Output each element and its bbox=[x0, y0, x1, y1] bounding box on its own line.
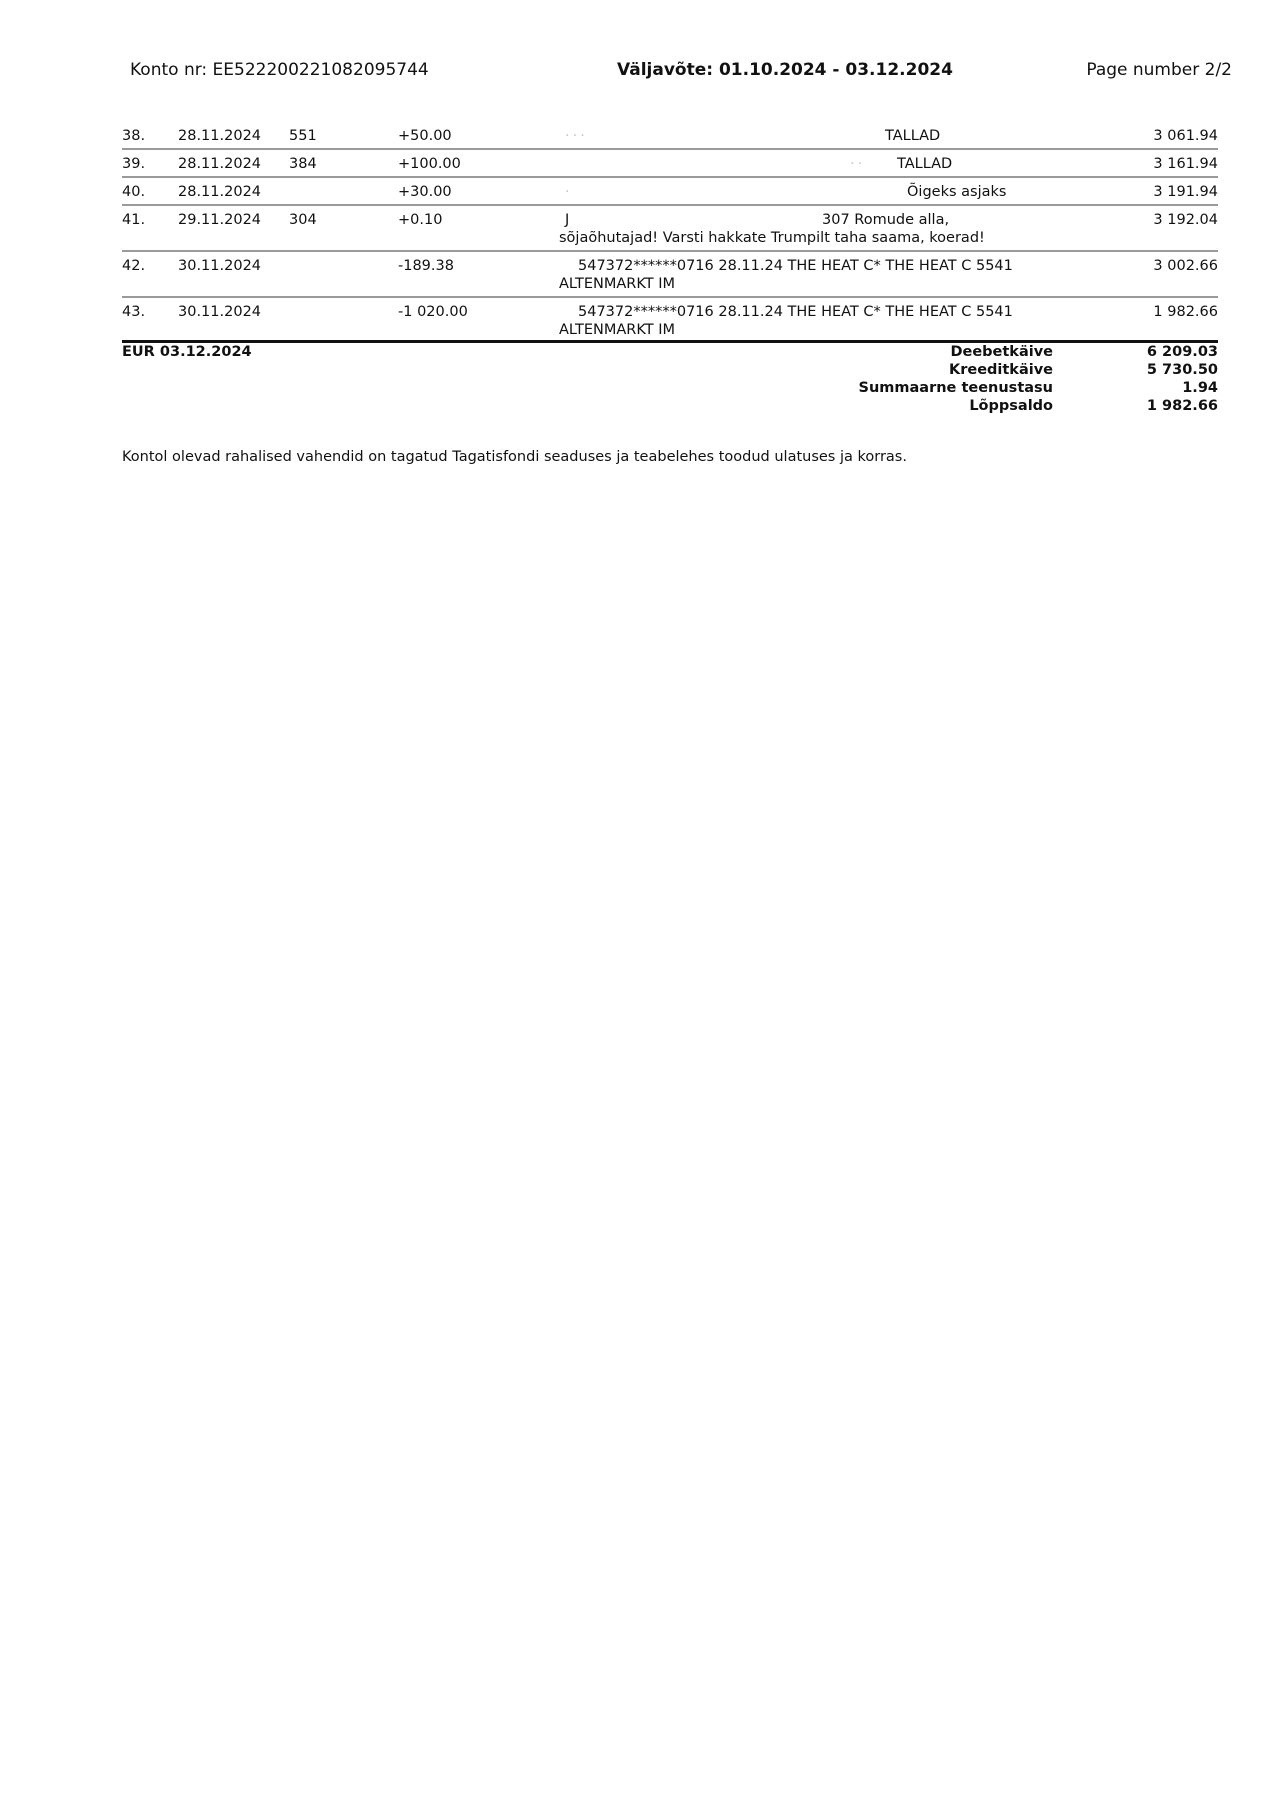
row-balance: 3 192.04 bbox=[1153, 211, 1218, 229]
statement-period: Väljavõte: 01.10.2024 - 03.12.2024 bbox=[617, 60, 953, 80]
row-description-line2: ALTENMARKT IM bbox=[559, 321, 675, 339]
row-date: 28.11.2024 bbox=[178, 155, 261, 173]
row-description: 547372******0716 28.11.24 THE HEAT C* TH… bbox=[578, 303, 1013, 321]
row-date: 30.11.2024 bbox=[178, 303, 261, 321]
row-balance: 3 161.94 bbox=[1153, 155, 1218, 173]
table-total-divider bbox=[122, 340, 1218, 343]
summary-label-closing-balance: Lõppsaldo bbox=[969, 397, 1053, 415]
summary-value-debit: 6 209.03 bbox=[1147, 343, 1218, 361]
row-date: 28.11.2024 bbox=[178, 183, 261, 201]
row-balance: 1 982.66 bbox=[1153, 303, 1218, 321]
row-number: 38. bbox=[122, 127, 145, 145]
row-number: 41. bbox=[122, 211, 145, 229]
row-number: 42. bbox=[122, 257, 145, 275]
row-number: 43. bbox=[122, 303, 145, 321]
row-divider bbox=[122, 250, 1218, 252]
row-date: 28.11.2024 bbox=[178, 127, 261, 145]
row-description: 547372******0716 28.11.24 THE HEAT C* TH… bbox=[578, 257, 1013, 275]
row-number: 40. bbox=[122, 183, 145, 201]
row-balance: 3 061.94 bbox=[1153, 127, 1218, 145]
row-description-prefix: J bbox=[565, 211, 569, 229]
row-date: 29.11.2024 bbox=[178, 211, 261, 229]
summary-currency-date: EUR 03.12.2024 bbox=[122, 343, 252, 361]
summary-label-debit: Deebetkäive bbox=[950, 343, 1053, 361]
row-description-line2: sõjaõhutajad! Varsti hakkate Trumpilt ta… bbox=[559, 229, 985, 247]
row-description: 307 Romude alla, bbox=[822, 211, 949, 229]
summary-value-closing-balance: 1 982.66 bbox=[1147, 397, 1218, 415]
row-description: TALLAD bbox=[897, 155, 952, 173]
row-code: 304 bbox=[289, 211, 317, 229]
row-description: Õigeks asjaks bbox=[907, 183, 1006, 201]
redacted-text: ··· bbox=[565, 127, 588, 145]
row-amount: +0.10 bbox=[398, 211, 442, 229]
row-code: 384 bbox=[289, 155, 317, 173]
summary-value-fees: 1.94 bbox=[1182, 379, 1218, 397]
deposit-guarantee-note: Kontol olevad rahalised vahendid on taga… bbox=[122, 448, 907, 466]
row-number: 39. bbox=[122, 155, 145, 173]
redacted-text: · bbox=[565, 183, 573, 201]
summary-label-credit: Kreeditkäive bbox=[949, 361, 1053, 379]
row-date: 30.11.2024 bbox=[178, 257, 261, 275]
summary-label-fees: Summaarne teenustasu bbox=[859, 379, 1053, 397]
row-divider bbox=[122, 176, 1218, 178]
row-divider bbox=[122, 204, 1218, 206]
row-balance: 3 002.66 bbox=[1153, 257, 1218, 275]
summary-value-credit: 5 730.50 bbox=[1147, 361, 1218, 379]
row-description-line2: ALTENMARKT IM bbox=[559, 275, 675, 293]
row-divider bbox=[122, 148, 1218, 150]
row-amount: +30.00 bbox=[398, 183, 452, 201]
row-amount: +100.00 bbox=[398, 155, 461, 173]
row-balance: 3 191.94 bbox=[1153, 183, 1218, 201]
row-amount: -189.38 bbox=[398, 257, 454, 275]
page-number: Page number 2/2 bbox=[1086, 60, 1232, 80]
row-code: 551 bbox=[289, 127, 317, 145]
redacted-text: ·· bbox=[850, 155, 865, 173]
row-description: TALLAD bbox=[885, 127, 940, 145]
row-divider bbox=[122, 296, 1218, 298]
account-number: Konto nr: EE522200221082095744 bbox=[130, 60, 429, 80]
row-amount: +50.00 bbox=[398, 127, 452, 145]
row-amount: -1 020.00 bbox=[398, 303, 468, 321]
